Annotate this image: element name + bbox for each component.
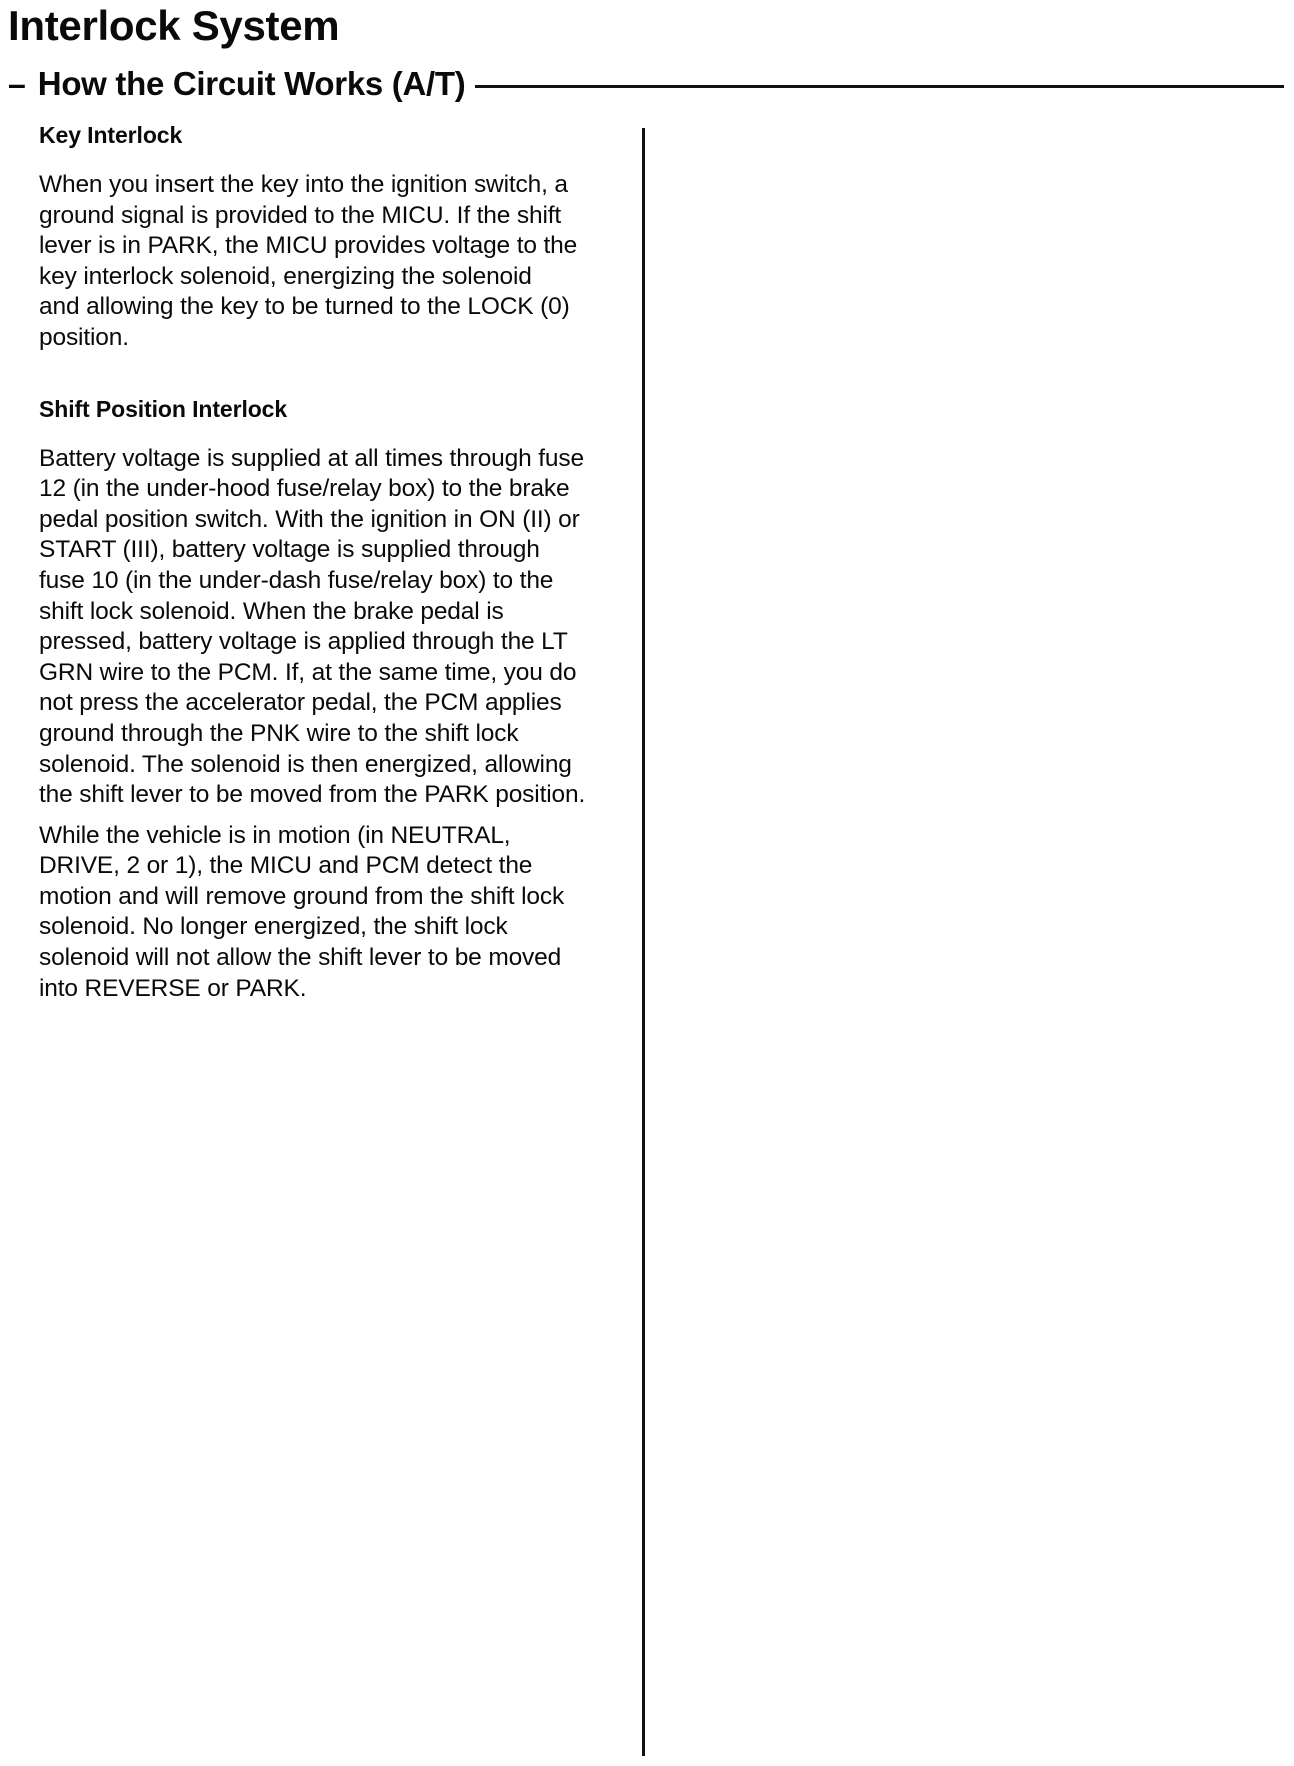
text-line: Battery voltage is supplied at all times… xyxy=(39,444,639,475)
text-line: While the vehicle is in motion (in NEUTR… xyxy=(39,821,639,852)
text-line: not press the accelerator pedal, the PCM… xyxy=(39,688,639,719)
text-line: solenoid will not allow the shift lever … xyxy=(39,943,639,974)
section-subtitle: How the Circuit Works (A/T) xyxy=(38,64,466,104)
paragraph-shift-interlock-2: While the vehicle is in motion (in NEUTR… xyxy=(39,821,639,1005)
text-line: shift lock solenoid. When the brake peda… xyxy=(39,597,639,628)
text-line: motion and will remove ground from the s… xyxy=(39,882,639,913)
text-line: pedal position switch. With the ignition… xyxy=(39,505,639,536)
page-title: Interlock System xyxy=(8,2,339,50)
text-line: When you insert the key into the ignitio… xyxy=(39,170,639,201)
section-subtitle-row: – How the Circuit Works (A/T) xyxy=(8,62,1284,106)
text-line: fuse 10 (in the under-dash fuse/relay bo… xyxy=(39,566,639,597)
text-line: ground through the PNK wire to the shift… xyxy=(39,719,639,750)
text-line: ground signal is provided to the MICU. I… xyxy=(39,201,639,232)
text-line: key interlock solenoid, energizing the s… xyxy=(39,262,639,293)
text-line: solenoid. No longer energized, the shift… xyxy=(39,912,639,943)
text-line: lever is in PARK, the MICU provides volt… xyxy=(39,231,639,262)
paragraph-shift-interlock-1: Battery voltage is supplied at all times… xyxy=(39,444,639,811)
text-line: DRIVE, 2 or 1), the MICU and PCM detect … xyxy=(39,851,639,882)
section-heading-shift-position-interlock: Shift Position Interlock xyxy=(39,394,639,424)
text-line: pressed, battery voltage is applied thro… xyxy=(39,627,639,658)
column-divider xyxy=(642,128,645,1756)
section-heading-key-interlock: Key Interlock xyxy=(39,120,639,150)
text-line: position. xyxy=(39,323,639,354)
paragraph-key-interlock: When you insert the key into the ignitio… xyxy=(39,170,639,354)
text-line: START (III), battery voltage is supplied… xyxy=(39,535,639,566)
subtitle-dash: – xyxy=(8,64,26,104)
text-line: into REVERSE or PARK. xyxy=(39,974,639,1005)
text-line: and allowing the key to be turned to the… xyxy=(39,292,639,323)
horizontal-rule xyxy=(475,85,1284,88)
text-line: 12 (in the under-hood fuse/relay box) to… xyxy=(39,474,639,505)
text-line: GRN wire to the PCM. If, at the same tim… xyxy=(39,658,639,689)
text-line: the shift lever to be moved from the PAR… xyxy=(39,780,639,811)
left-column: Key Interlock When you insert the key in… xyxy=(39,118,639,1004)
text-line: solenoid. The solenoid is then energized… xyxy=(39,750,639,781)
